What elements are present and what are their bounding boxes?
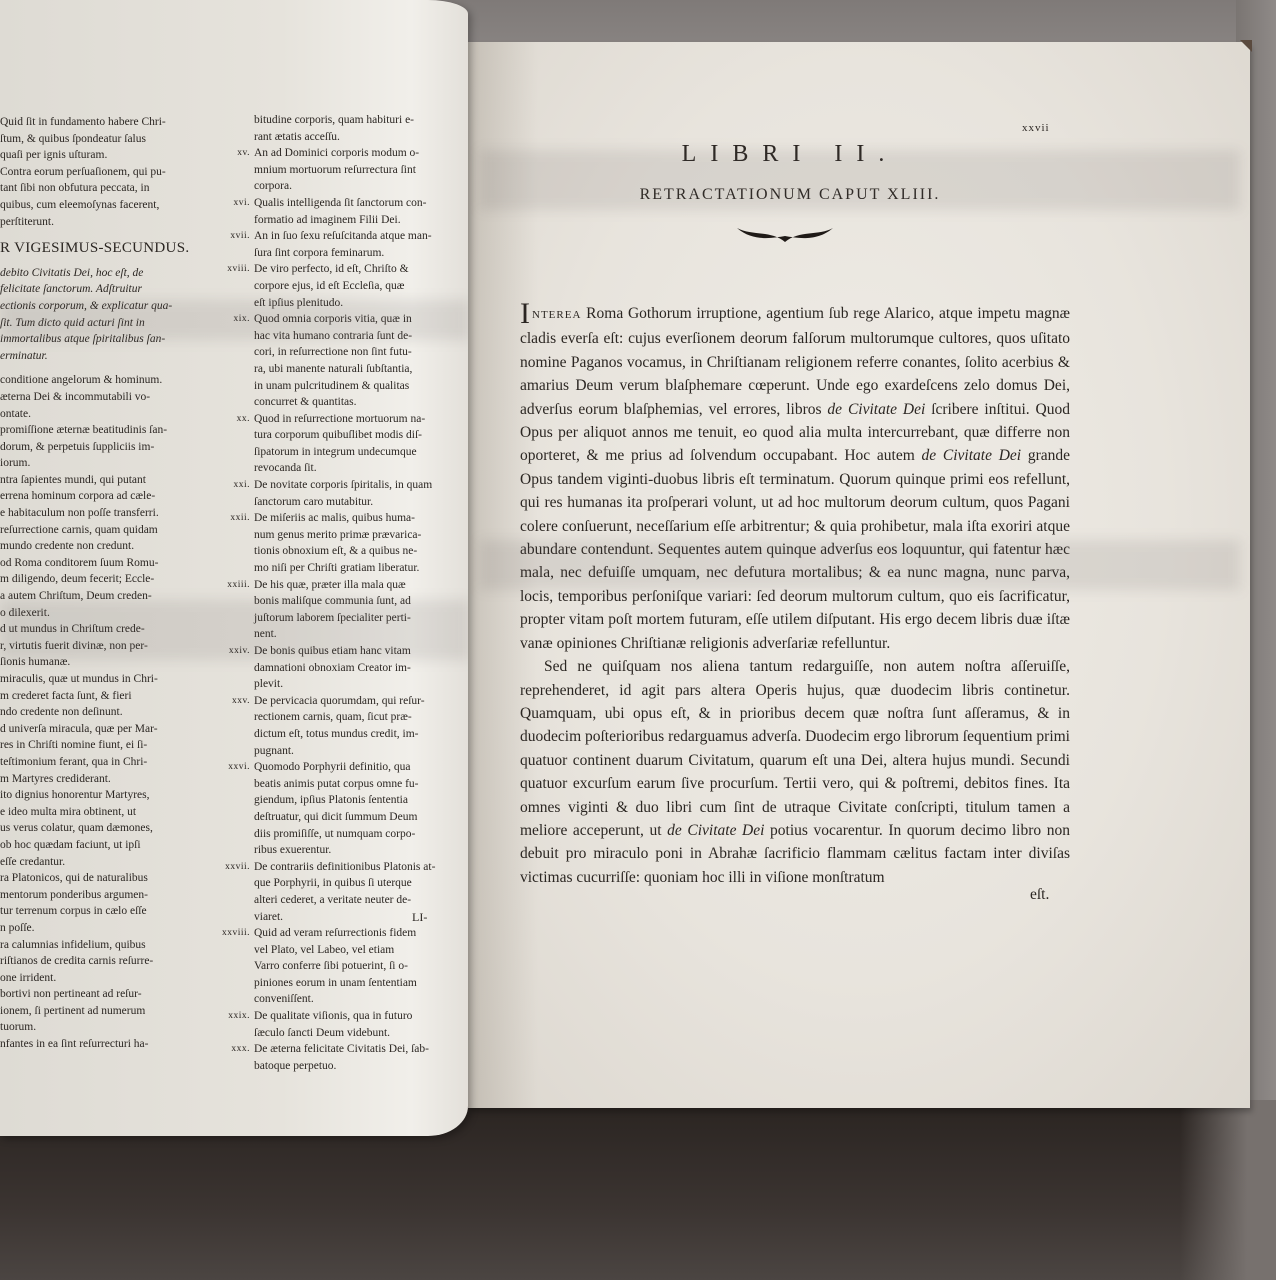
drop-cap: I [520,304,530,324]
chapter-entry: xxx.De æterna felicitate Civitatis Dei, … [202,1041,462,1074]
chapter-summary-line: batoque perpetuo. [254,1058,462,1075]
chapter-entry: xvi.Qualis intelligenda ſit ſanctorum co… [202,195,462,228]
chapter-number [202,112,254,145]
chapter-summary-line: Quid ad veram reſurrectionis fidem [254,925,462,942]
chapter-summary: An ad Dominici corporis modum o-mnium mo… [254,145,462,195]
chapter-summary-line: Qualis intelligenda ſit ſanctorum con- [254,195,462,212]
catchword: LI- [412,910,427,925]
book-summary: debito Civitatis Dei, hoc eſt, de felici… [0,265,175,365]
chapter-summary-line: ſura ſint corpora feminarum. [254,245,462,262]
chapter-summary-line: rant ætatis acceſſu. [254,129,462,146]
chapter-summary: Quod omnia corporis vitia, quæ inhac vit… [254,311,462,411]
chapter-list-line: e habitaculum non poſſe transferri. [0,505,175,522]
chapter-summary-line: De viro perfecto, id eſt, Chriſto & [254,261,462,278]
italic-title: de Civitate Dei [827,401,925,418]
chapter-summary-line: Quod omnia corporis vitia, quæ in [254,311,462,328]
chapter-summary-line: diis promiſiſſe, ut numquam corpo- [254,826,462,843]
chapter-list-line: riſtianos de credita carnis reſurre- [0,953,175,970]
chapter-summary-line: cori, in reſurrectione non ſint futu- [254,344,462,361]
chapter-list-line: errena hominum corpora ad cæle- [0,488,175,505]
chapter-summary-line: vel Plato, vel Labeo, vel etiam [254,942,462,959]
chapter-summary-line: piniones eorum in unam ſententiam [254,975,462,992]
chapter-summary-line: An in ſuo ſexu reſuſcitanda atque man- [254,228,462,245]
chapter-list-line: one irrident. [0,970,175,987]
chapter-list-line: promiſſione æternæ beatitudinis ſan- [0,422,175,439]
chapter-summary-line: ſanctorum caro mutabitur. [254,494,462,511]
chapter-list-line: d ut mundus in Chriſtum crede- [0,621,175,638]
chapter-summary-line: De contrariis definitionibus Platonis at… [254,859,462,876]
chapter-list-line: ontate. [0,406,175,423]
chapter-list-line: d univerſa miracula, quæ per Mar- [0,721,175,738]
chapter-entry: xxi.De novitate corporis ſpiritalis, in … [202,477,462,510]
italic-title: de Civitate Dei [667,822,764,839]
chapter-summary-line: De qualitate viſionis, qua in futuro [254,1008,462,1025]
main-text: INTEREA Roma Gothorum irruptione, agenti… [520,302,1070,889]
chapter-list-line: a autem Chriſtum, Deum creden- [0,588,175,605]
chapter-entry: xxviii.Quid ad veram reſurrectionis fide… [202,925,462,1008]
chapter-summary-line: An ad Dominici corporis modum o- [254,145,462,162]
chapter-list-line: mentorum ponderibus argumen- [0,887,175,904]
chapter-summary-line: De æterna felicitate Civitatis Dei, ſab- [254,1041,462,1058]
chapter-summary: De miſeriis ac malis, quibus huma-num ge… [254,510,462,576]
chapter-summary-line: conveniſſent. [254,991,462,1008]
chapter-list-line: tur terrenum corpus in cælo eſſe [0,903,175,920]
chapter-list-line: ionem, ſi pertinent ad numerum [0,1003,175,1020]
chapter-entry: xxiii.De his quæ, præter illa mala quæbo… [202,577,462,643]
chapter-summary-line: ribus exuerentur. [254,842,462,859]
chapter-summary: De his quæ, præter illa mala quæbonis ma… [254,577,462,643]
chapter-list-line: e ideo multa mira obtinent, ut [0,804,175,821]
page-title: LIBRI II. [640,141,940,168]
chapter-number: xxiii. [202,577,254,643]
chapter-entry: xxiv.De bonis quibus etiam hanc vitamdam… [202,643,462,693]
left-page: Quid ſit in fundamento habere Chri- ſtum… [0,0,468,1136]
chapter-list-line: æterna Dei & incommutabili vo- [0,389,175,406]
chapter-summary-line: formatio ad imaginem Filii Dei. [254,212,462,229]
section-heading: R VIGESIMUS-SECUNDUS. [0,240,175,257]
chapter-summary-line: corpore ejus, id eſt Eccleſia, quæ [254,278,462,295]
chapter-summary-line: mnium mortuorum reſurrectura ſint [254,162,462,179]
chapter-summary-line: in unam pulcritudinem & qualitas [254,378,462,395]
chapter-number: xviii. [202,261,254,311]
chapter-summary-line: De his quæ, præter illa mala quæ [254,577,462,594]
chapter-summary-line: eſt ipſius plenitudo. [254,295,462,312]
left-page-column-b: bitudine corporis, quam habituri e-rant … [202,112,462,1074]
chapter-summary-line: num genus merito primæ prævarica- [254,527,462,544]
chapter-summary-line: nent. [254,626,462,643]
chapter-list-line: od Roma conditorem ſuum Romu- [0,555,175,572]
chapter-summary: De æterna felicitate Civitatis Dei, ſab-… [254,1041,462,1074]
chapter-list-line: dorum, & perpetuis ſuppliciis im- [0,439,175,456]
chapter-number: xxii. [202,510,254,576]
italic-title: de Civitate Dei [922,447,1022,464]
chapter-summary: De pervicacia quorumdam, qui reſur-recti… [254,693,462,759]
chapter-list-line: ndo credente non deſinunt. [0,704,175,721]
chapter-number: xxvii. [202,859,254,925]
folio-number: xxvii [1022,122,1050,134]
chapter-entry: xx.Quod in reſurrectione mortuorum na-tu… [202,411,462,477]
chapter-entry: xix.Quod omnia corporis vitia, quæ inhac… [202,311,462,411]
chapter-summary-line: juſtorum laborem ſpecialiter perti- [254,610,462,627]
chapter-summary-line: pugnant. [254,743,462,760]
top-entries: Quid ſit in fundamento habere Chri- ſtum… [0,114,175,230]
chapter-number: xxvi. [202,759,254,859]
chapter-summary-line: concurret & quantitas. [254,394,462,411]
chapter-summary-line: bitudine corporis, quam habituri e- [254,112,462,129]
chapter-list-line: ra calumnias infidelium, quibus [0,937,175,954]
chapter-summary-line: mo niſi per Chriſti gratiam liberatur. [254,560,462,577]
chapter-number: xv. [202,145,254,195]
chapter-summary-line: revocanda ſit. [254,460,462,477]
chapter-summary: Quid ad veram reſurrectionis fidemvel Pl… [254,925,462,1008]
chapter-summary: Qualis intelligenda ſit ſanctorum con-fo… [254,195,462,228]
chapter-summary: De novitate corporis ſpiritalis, in quam… [254,477,462,510]
chapter-summary-line: beatis animis putat corpus omne fu- [254,776,462,793]
chapter-entry: xviii.De viro perfecto, id eſt, Chriſto … [202,261,462,311]
chapter-summary-line: De novitate corporis ſpiritalis, in quam [254,477,462,494]
ornament-flourish-icon [735,222,835,244]
chapter-list-line: ito dignius honorentur Martyres, [0,787,175,804]
chapter-summary-line: Varro conferre ſibi potuerint, ſi o- [254,958,462,975]
chapter-summary-line: rectionem carnis, quam, ſicut præ- [254,709,462,726]
chapter-list-line: m Martyres crediderant. [0,771,175,788]
chapter-summary-line: De pervicacia quorumdam, qui reſur- [254,693,462,710]
chapter-summary-line: que Porphyrii, in quibus ſi uterque [254,875,462,892]
chapter-number: xx. [202,411,254,477]
chapter-list-line: o dilexerit. [0,605,175,622]
chapter-number: xxv. [202,693,254,759]
chapter-list-line: res in Chriſti nomine fiunt, ei ſi- [0,737,175,754]
chapter-list-line: teſtimonium ferant, qua in Chri- [0,754,175,771]
left-page-column-a: Quid ſit in fundamento habere Chri- ſtum… [0,114,175,1053]
chapter-number: xxi. [202,477,254,510]
chapter-list-line: eſſe credantur. [0,854,175,871]
chapter-list-line: tuorum. [0,1019,175,1036]
chapter-entry: xxix.De qualitate viſionis, qua in futur… [202,1008,462,1041]
chapter-summary: De bonis quibus etiam hanc vitamdamnatio… [254,643,462,693]
chapter-list-line: n poſſe. [0,920,175,937]
chapter-summary-line: ra, ubi manente naturali ſubſtantia, [254,361,462,378]
chapter-summary: De viro perfecto, id eſt, Chriſto &corpo… [254,261,462,311]
chapter-list-line: bortivi non pertineant ad reſur- [0,986,175,1003]
chapter-entry: xxv.De pervicacia quorumdam, qui reſur-r… [202,693,462,759]
chapter-summary-line: bonis maliſque communia ſunt, ad [254,593,462,610]
chapter-list-line: us verus colatur, quam dæmones, [0,820,175,837]
chapter-list-line: ob hoc quædam faciunt, ut ipſi [0,837,175,854]
chapter-summary-line: tura corporum quibuſlibet modis diſ- [254,427,462,444]
chapter-summary-line: Quomodo Porphyrii definitio, qua [254,759,462,776]
chapter-number: xxix. [202,1008,254,1041]
chapter-summary-line: plevit. [254,676,462,693]
chapter-summary-line: viaret. [254,909,462,926]
chapter-summary-line: deſtruatur, qui dicit ſummum Deum [254,809,462,826]
chapter-summary: Quomodo Porphyrii definitio, quabeatis a… [254,759,462,859]
chapter-summary: bitudine corporis, quam habituri e-rant … [254,112,462,145]
chapter-list-a: conditione angelorum & hominum.æterna De… [0,372,175,1052]
paragraph-2: Sed ne quiſquam nos aliena tantum redarg… [520,655,1070,889]
chapter-summary-line: hac vita humano contraria ſunt de- [254,328,462,345]
chapter-summary-line: giendum, ipſius Platonis ſententia [254,792,462,809]
chapter-summary: De qualitate viſionis, qua in futuroſæcu… [254,1008,462,1041]
chapter-list-line: ſionis humanæ. [0,654,175,671]
chapter-summary-line: alteri cederet, a veritate neuter de- [254,892,462,909]
chapter-summary-line: De bonis quibus etiam hanc vitam [254,643,462,660]
chapter-summary: De contrariis definitionibus Platonis at… [254,859,462,925]
chapter-list-line: nfantes in ea ſint reſurrecturi ha- [0,1036,175,1053]
chapter-summary-line: Quod in reſurrectione mortuorum na- [254,411,462,428]
chapter-entry: bitudine corporis, quam habituri e-rant … [202,112,462,145]
chapter-summary-line: ſipatorum in integrum undecumque [254,444,462,461]
chapter-entry: xv.An ad Dominici corporis modum o-mnium… [202,145,462,195]
chapter-list-line: m crederet facta ſunt, & fieri [0,688,175,705]
chapter-list-line: iorum. [0,455,175,472]
chapter-summary-line: tionis obnoxium eſt, & a quibus ne- [254,543,462,560]
chapter-list-line: m diligendo, deum fecerit; Eccle- [0,571,175,588]
closing-word: eſt. [1030,886,1049,904]
chapter-entry: xxvi.Quomodo Porphyrii definitio, quabea… [202,759,462,859]
chapter-list-line: miraculis, quæ ut mundus in Chri- [0,671,175,688]
chapter-number: xvi. [202,195,254,228]
chapter-list-line: ra Platonicos, qui de naturalibus [0,870,175,887]
chapter-entry: xvii.An in ſuo ſexu reſuſcitanda atque m… [202,228,462,261]
chapter-list-line: reſurrectione carnis, quam quidam [0,522,175,539]
chapter-summary: Quod in reſurrectione mortuorum na-tura … [254,411,462,477]
chapter-entry: xxii.De miſeriis ac malis, quibus huma-n… [202,510,462,576]
chapter-summary: An in ſuo ſexu reſuſcitanda atque man-ſu… [254,228,462,261]
chapter-number: xxiv. [202,643,254,693]
chapter-summary-line: corpora. [254,178,462,195]
chapter-number: xvii. [202,228,254,261]
paragraph-1: INTEREA Roma Gothorum irruptione, agenti… [520,302,1070,655]
chapter-summary-line: De miſeriis ac malis, quibus huma- [254,510,462,527]
backdrop-lower-right [1180,1100,1276,1280]
chapter-list-line: ntra ſapientes mundi, qui putant [0,472,175,489]
chapter-summary-line: dictum eſt, totus mundus credit, im- [254,726,462,743]
chapter-summary-line: ſæculo ſancti Deum videbunt. [254,1025,462,1042]
chapter-summary-line: damnationi obnoxiam Creator im- [254,660,462,677]
chapter-number: xix. [202,311,254,411]
chapter-list-line: conditione angelorum & hominum. [0,372,175,389]
chapter-list-line: r, virtutis fuerit divinæ, non per- [0,638,175,655]
chapter-number: xxx. [202,1041,254,1074]
chapter-subtitle: RETRACTATIONUM CAPUT XLIII. [560,186,1020,204]
chapter-list-line: mundo credente non credunt. [0,538,175,555]
chapter-number: xxviii. [202,925,254,1008]
